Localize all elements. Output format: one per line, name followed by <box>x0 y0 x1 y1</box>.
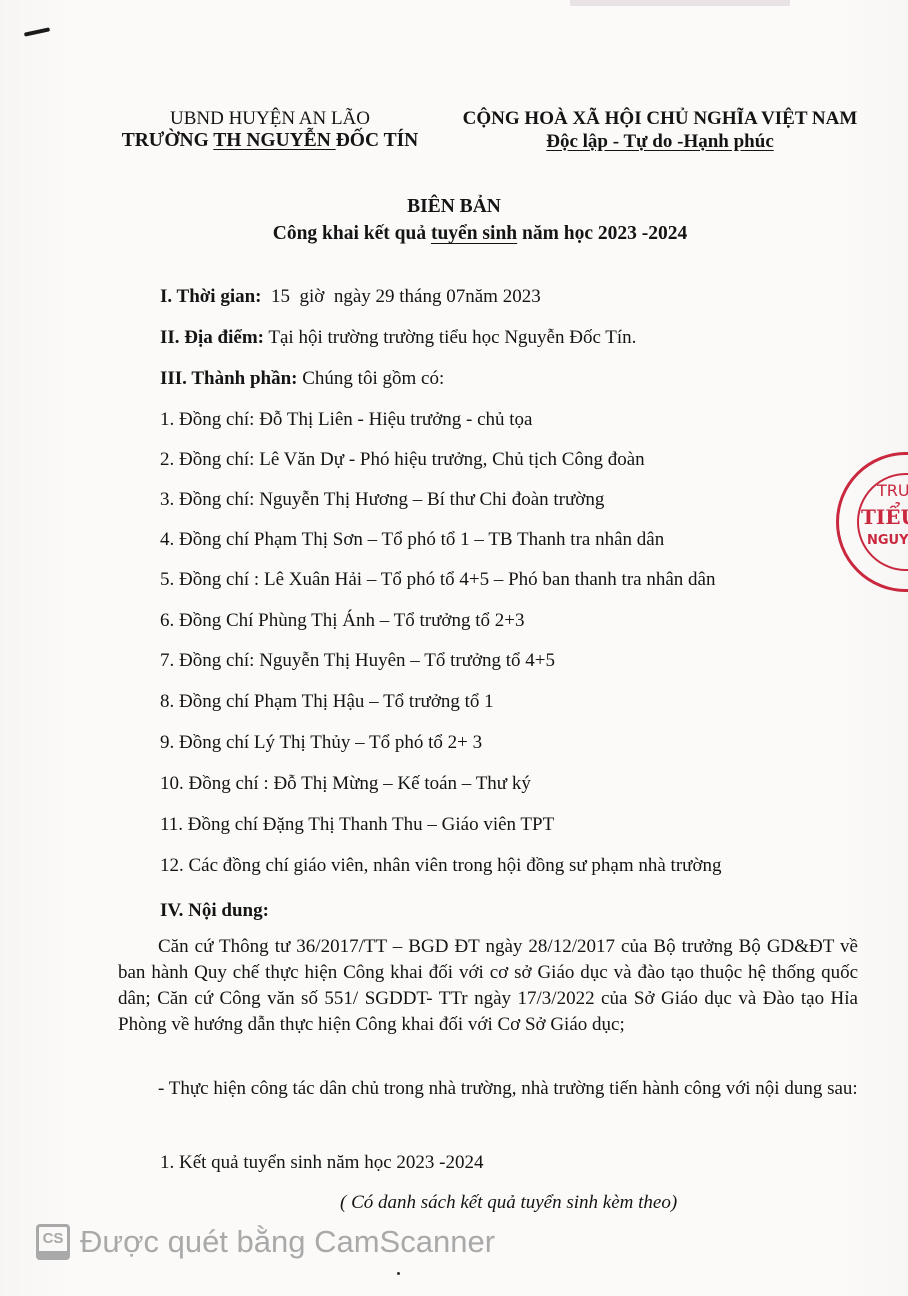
content-paragraph-2: - Thực hiện công tác dân chủ trong nhà t… <box>118 1076 858 1102</box>
member-item: 7. Đồng chí: Nguyễn Thị Huyên – Tổ trưởn… <box>160 650 555 672</box>
school-name-suffix: ĐỐC TÍN <box>336 130 419 151</box>
school-name-prefix: TRƯỜNG <box>122 130 214 151</box>
section-members-value: Chúng tôi gồm có: <box>298 368 445 389</box>
document-title: BIÊN BẢN <box>0 196 908 218</box>
section-time: I. Thời gian: 15 giờ ngày 29 tháng 07năm… <box>160 286 541 308</box>
section-content-label: IV. Nội dung: <box>160 900 269 922</box>
school-name-underlined: TH NGUYỄN <box>213 130 335 151</box>
member-item: 8. Đồng chí Phạm Thị Hậu – Tổ trưởng tổ … <box>160 691 494 713</box>
section-members: III. Thành phần: Chúng tôi gồm có: <box>160 368 444 390</box>
section-members-label: III. Thành phần: <box>160 368 298 389</box>
scan-artifact <box>570 0 790 6</box>
member-item: 4. Đồng chí Phạm Thị Sơn – Tổ phó tổ 1 –… <box>160 529 664 551</box>
member-item: 10. Đồng chí : Đỗ Thị Mừng – Kế toán – T… <box>160 773 531 795</box>
member-item: 11. Đồng chí Đặng Thị Thanh Thu – Giáo v… <box>160 814 554 836</box>
national-title: CỘNG HOÀ XÃ HỘI CHỦ NGHĨA VIỆT NAM <box>455 108 865 130</box>
subtitle-prefix: Công khai kết quả <box>273 223 431 244</box>
camscanner-watermark: CS Được quét bằng CamScanner <box>36 1224 495 1260</box>
stamp-text-2: TIỂU <box>861 505 908 529</box>
document-subtitle: Công khai kết quả tuyển sinh năm học 202… <box>0 223 908 245</box>
subtitle-suffix: năm học 2023 -2024 <box>517 223 687 244</box>
member-item: 12. Các đồng chí giáo viên, nhân viên tr… <box>160 855 722 877</box>
section-time-label: I. Thời gian: <box>160 286 262 307</box>
member-item: 2. Đồng chí: Lê Văn Dự - Phó hiệu trưởng… <box>160 449 645 471</box>
section-place: II. Địa điểm: Tại hội trường trường tiểu… <box>160 327 636 349</box>
member-item: 6. Đồng Chí Phùng Thị Ánh – Tổ trưởng tổ… <box>160 610 524 632</box>
official-stamp: TRU TIỂU NGUY <box>836 452 908 592</box>
section-place-label: II. Địa điểm: <box>160 327 264 348</box>
attachment-note: ( Có danh sách kết quả tuyển sinh kèm th… <box>340 1192 677 1214</box>
section-place-value: Tại hội trường trường tiểu học Nguyễn Đố… <box>264 327 636 348</box>
stamp-text-1: TRU <box>877 481 908 500</box>
subtitle-underlined: tuyển sinh <box>431 223 517 244</box>
content-paragraph-1: Căn cứ Thông tư 36/2017/TT – BGD ĐT ngày… <box>118 934 858 1038</box>
camscanner-logo-icon: CS <box>36 1224 70 1260</box>
pen-mark <box>24 27 50 36</box>
member-item: 3. Đồng chí: Nguyễn Thị Hương – Bí thư C… <box>160 489 604 511</box>
national-motto: Độc lập - Tự do -Hạnh phúc <box>455 131 865 153</box>
watermark-text: Được quét bằng CamScanner <box>80 1224 495 1260</box>
member-item: 5. Đồng chí : Lê Xuân Hải – Tổ phó tổ 4+… <box>160 569 715 591</box>
member-item: 1. Đồng chí: Đỗ Thị Liên - Hiệu trưởng -… <box>160 409 532 431</box>
scan-speck <box>397 1272 400 1275</box>
stamp-text-3: NGUY <box>867 533 908 548</box>
member-item: 9. Đồng chí Lý Thị Thủy – Tổ phó tổ 2+ 3 <box>160 732 482 754</box>
content-item-1: 1. Kết quả tuyển sinh năm học 2023 -2024 <box>160 1152 483 1174</box>
section-time-value: 15 giờ ngày 29 tháng 07năm 2023 <box>262 286 541 307</box>
